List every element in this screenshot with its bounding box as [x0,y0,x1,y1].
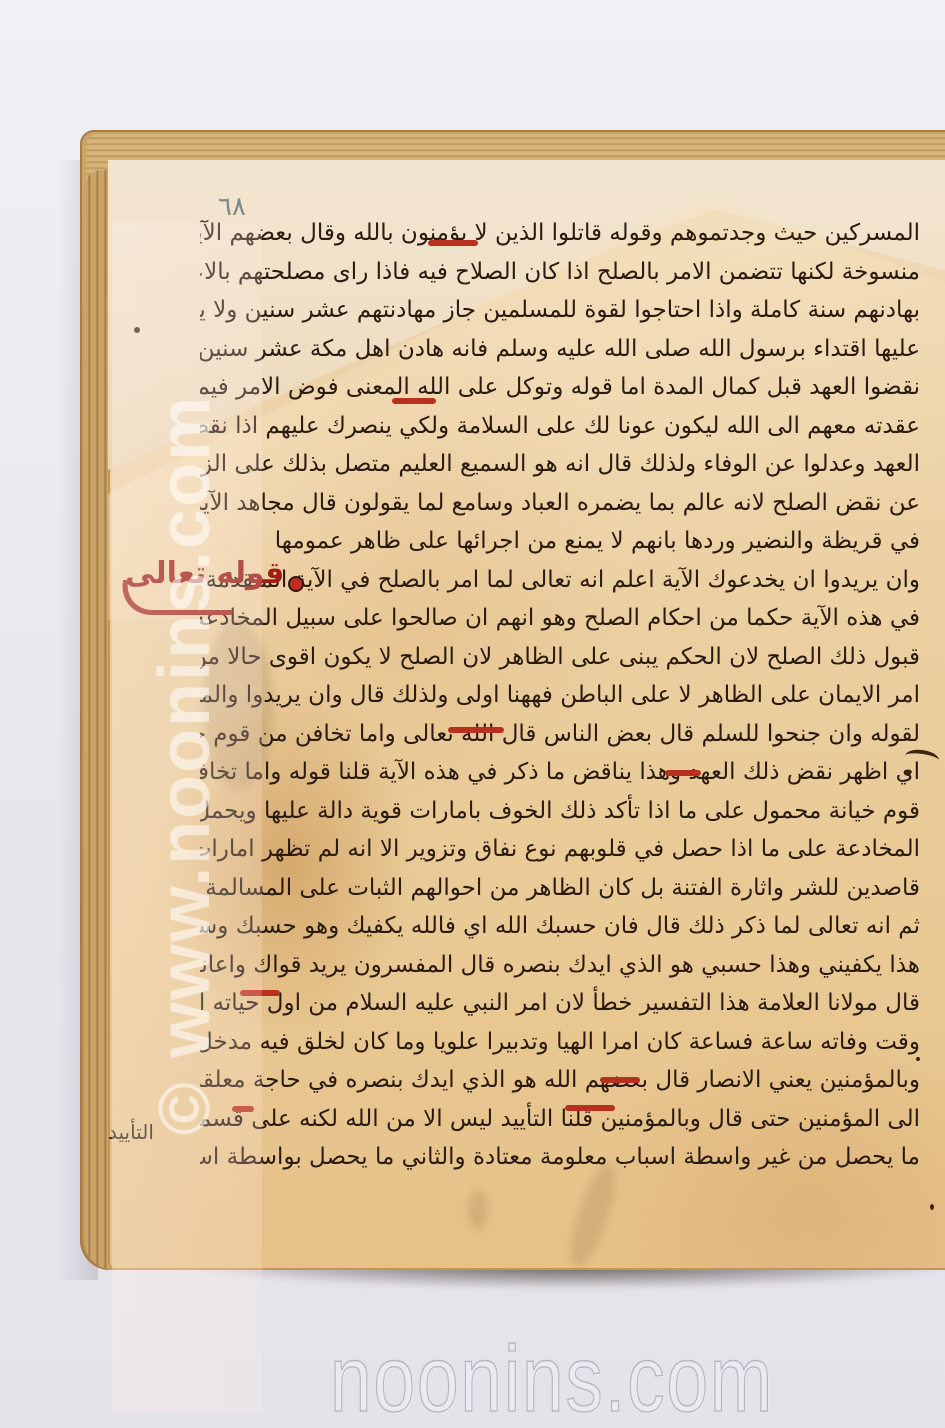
text-line: وبالمؤمنين يعني الانصار قال بعضهم الله ه… [200,1061,920,1100]
text-line: في هذه الآية حكما من احكام الصلح وهو انه… [200,599,920,638]
manuscript-text-block: المسركين حيث وجدتموهم وقوله قاتلوا الذين… [200,214,920,1177]
ink-dot [134,327,140,333]
rubric-overline [448,727,504,733]
watermark-bottom: noonins.com [330,1325,774,1428]
ink-dot [930,1204,934,1210]
text-line: قاصدين للشر واثارة الفتنة بل كان الظاهر … [200,869,920,908]
text-line: قال مولانا العلامة هذا التفسير خطأ لان ا… [200,984,920,1023]
text-line: وان يريدوا ان يخدعوك الآية اعلم انه تعال… [200,561,920,600]
rubric-swash [117,580,238,615]
rubric-overline [240,990,280,996]
ink-dot [916,1057,920,1061]
text-line: وقت وفاته ساعة فساعة كان امرا الهيا وتدب… [200,1023,920,1062]
text-line: بهادنهم سنة كاملة واذا احتاجوا لقوة للمس… [200,291,920,330]
text-line: الى المؤمنين حتى قال وبالمؤمنين قلنا الت… [200,1100,920,1139]
text-line: المخادعة على ما اذا حصل في قلوبهم نوع نف… [200,830,920,869]
rubric-overline [665,770,701,776]
rubric-overline [600,1077,640,1083]
ink-dot [905,770,911,776]
manuscript-photo: ٦٨ المسركين حيث وجدتموهم وقوله قاتلوا ال… [0,0,945,1428]
text-line: امر الايمان على الظاهر لا على الباطن فهه… [200,676,920,715]
verse-marker-icon [290,578,302,590]
text-line: اي اظهر نقض ذلك العهد وهذا يناقض ما ذكر … [200,753,920,792]
rubric-overline [428,240,478,246]
text-line: عن نقض الصلح لانه عالم بما يضمره العباد … [200,484,920,523]
margin-annotation: التأييد [108,1120,154,1144]
text-line: في قريظة والنضير وردها بانهم لا يمنع من … [200,522,920,561]
rubric-overline [232,1106,254,1112]
text-line: قوم خيانة محمول على ما اذا تأكد ذلك الخو… [200,792,920,831]
text-line: هذا يكفيني وهذا حسبي هو الذي ايدك بنصره … [200,946,920,985]
paper-stain [468,1190,488,1230]
rubric-overline [392,398,436,404]
text-line: ثم انه تعالى لما ذكر ذلك قال فان حسبك ال… [200,907,920,946]
text-line: نقضوا العهد قبل كمال المدة اما قوله وتوك… [200,368,920,407]
text-line: عقدته معهم الى الله ليكون عونا لك على ال… [200,407,920,446]
text-line: منسوخة لكنها تتضمن الامر بالصلح اذا كان … [200,253,920,292]
text-line: لقوله وان جنحوا للسلم قال بعض الناس قال … [200,715,920,754]
rubric-overline [565,1105,615,1111]
text-line: العهد وعدلوا عن الوفاء ولذلك قال انه هو … [200,445,920,484]
text-line: المسركين حيث وجدتموهم وقوله قاتلوا الذين… [200,214,920,253]
text-line: قبول ذلك الصلح لان الحكم يبنى على الظاهر… [200,638,920,677]
text-line: ما يحصل من غير واسطة اسباب معلومة معتادة… [200,1138,920,1177]
text-line: عليها اقتداء برسول الله صلى الله عليه وس… [200,330,920,369]
